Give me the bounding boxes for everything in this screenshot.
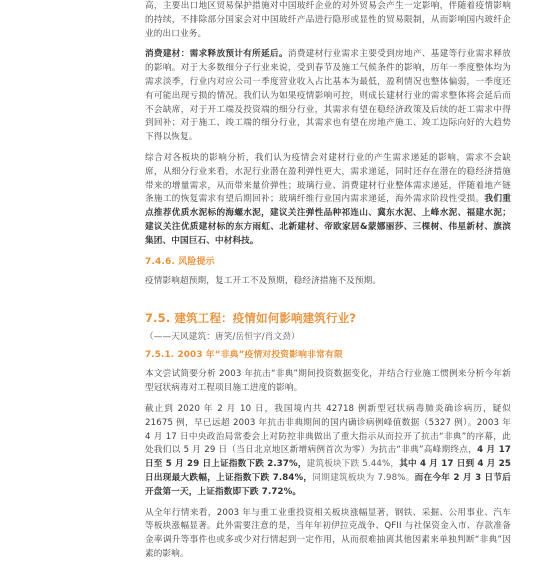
paragraph-full-year: 从全年行情来看，2003 年与重工业重投资相关板块涨幅显著，钢铁、采掘、公用事业… xyxy=(145,507,511,562)
document-page: 高，主要出口地区贸易保护措施对中国玻纤企业的对外贸易会产生一定影响，伴随着疫情影… xyxy=(145,0,511,562)
paragraph-text: 综合对各板块的影响分析，我们认为疫情会对建材行业的产生需求递延的影响，需求不会缺… xyxy=(145,153,511,204)
paragraph-text: 消费建材行业需求主要受到房地产、基建等行业需求释放的影响。对于大多数细分子行业来… xyxy=(145,49,511,142)
market-data-normal-2: 同期建筑板块为 7.98%。 xyxy=(312,473,414,483)
paragraph-text: 高，主要出口地区贸易保护措施对中国玻纤企业的对外贸易会产生一定影响，伴随着疫情影… xyxy=(145,1,511,39)
market-data-normal-1: 建筑板块下跌 5.44%， xyxy=(307,459,400,469)
author-byline: （——天风建筑：唐笑/岳恒宇/肖文劲） xyxy=(145,330,511,344)
heading-7-4-6-risk: 7.4.6. 风险提示 xyxy=(145,256,511,269)
paragraph-lead-bold: 消费建材：需求释放预计有所延后。 xyxy=(145,49,288,59)
heading-7-5-construction: 7.5. 建筑工程：疫情如何影响建筑行业? xyxy=(145,310,511,326)
heading-7-5-1-sars-2003: 7.5.1. 2003 年“非典”疫情对投资影响非常有限 xyxy=(145,349,511,362)
paragraph-glass-fiber-export: 高，主要出口地区贸易保护措施对中国玻纤企业的对外贸易会产生一定影响，伴随着疫情影… xyxy=(145,0,511,41)
paragraph-consumer-building-materials: 消费建材：需求释放预计有所延后。消费建材行业需求主要受到房地产、基建等行业需求释… xyxy=(145,48,511,145)
paragraph-market-data: 截止到 2020 年 2 月 10 日，我国境内共 42718 例新型冠状病毒肺… xyxy=(145,403,511,500)
paragraph-intro: 本文尝试简要分析 2003 年抗击“非典”期间投资数据变化，并结合行业施工惯例来… xyxy=(145,368,511,396)
paragraph-summary-recommendations: 综合对各板块的影响分析，我们认为疫情会对建材行业的产生需求递延的影响，需求不会缺… xyxy=(145,152,511,249)
paragraph-risk: 疫情影响超预期，复工开工不及预期，稳经济措施不及预期。 xyxy=(145,275,511,289)
paragraph-text: 截止到 2020 年 2 月 10 日，我国境内共 42718 例新型冠状病毒肺… xyxy=(145,404,511,455)
